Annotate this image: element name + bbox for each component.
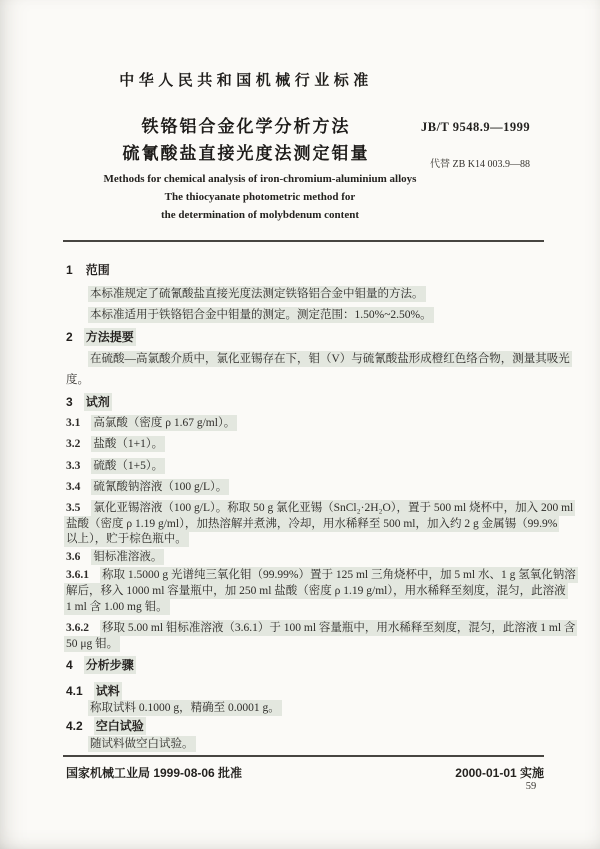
paragraph-text: 本标准规定了硫氰酸盐直接光度法测定铁铬铝合金中钼量的方法。 — [90, 288, 424, 300]
clause-3-5-continued: 以上），贮于棕色瓶中。 — [66, 532, 187, 547]
clause-text: 氯化亚锡溶液（100 g/L）。称取 50 g 氯化亚锡（SnCl₂·2H₂O）… — [93, 502, 573, 514]
clause-text: 称取 1.5000 g 光谱纯三氧化钼（99.99%）置于 125 ml 三角烧… — [102, 569, 576, 581]
section-number: 1 — [66, 263, 73, 277]
replaces-standard-number: 代替 ZB K14 003.9—88 — [430, 155, 530, 170]
standard-number: JB/T 9548.9—1999 — [421, 120, 530, 135]
clause-3-6: 3.6钼标准溶液。 — [66, 550, 162, 565]
clause-3-6-2: 3.6.2移取 5.00 ml 钼标准溶液（3.6.1）于 100 ml 容量瓶… — [66, 621, 575, 636]
national-standard-banner: 中华人民共和国机械行业标准 — [3, 69, 489, 90]
section-heading-2-summary: 2方法提要 — [66, 330, 134, 345]
section-number: 2 — [66, 330, 73, 344]
paragraph-line: 随试料做空白试验。 — [66, 737, 194, 752]
paragraph-text: 随试料做空白试验。 — [90, 738, 194, 750]
section-number: 4 — [66, 658, 73, 672]
clause-number: 3.5 — [66, 502, 80, 514]
clause-number: 3.4 — [66, 481, 80, 493]
clause-3-6-1: 3.6.1称取 1.5000 g 光谱纯三氧化钼（99.99%）置于 125 m… — [66, 568, 576, 583]
paragraph-line: 度。 — [66, 373, 89, 388]
header-divider — [63, 240, 544, 242]
section-title: 试剂 — [86, 395, 110, 409]
section-heading-4-1-sample: 4.1试料 — [66, 684, 120, 699]
paragraph-line: 本标准规定了硫氰酸盐直接光度法测定铁铬铝合金中钼量的方法。 — [66, 287, 424, 302]
document-title-cn-line1: 铁铬铝合金化学分析方法 — [3, 112, 489, 137]
clause-text: 盐酸（1+1）。 — [93, 438, 163, 450]
section-heading-3-reagents: 3试剂 — [66, 395, 110, 410]
paragraph-line: 本标准适用于铁铬铝合金中钼量的测定。测定范围：1.50%~2.50%。 — [66, 308, 432, 323]
clause-number: 3.6.2 — [66, 622, 89, 634]
document-title-cn-line2: 硫氰酸盐直接光度法测定钼量 — [3, 139, 489, 164]
paragraph-text: 称取试料 0.1000 g，精确至 0.0001 g。 — [90, 702, 280, 714]
paragraph-text: 度。 — [66, 374, 89, 386]
clause-text: 硫酸（1+5）。 — [93, 460, 163, 472]
paragraph-line: 在硫酸—高氯酸介质中，氯化亚锡存在下，钼（V）与硫氰酸盐形成橙红色络合物，测量其… — [66, 352, 570, 367]
section-heading-4-2-blank-test: 4.2空白试验 — [66, 719, 144, 734]
section-number: 3 — [66, 395, 73, 409]
document-title-en-line2: The thiocyanate photometric method for — [30, 188, 490, 206]
clause-text: 1 ml 含 1.00 mg 钼。 — [66, 601, 168, 613]
section-heading-1-scope: 1范围 — [66, 263, 110, 278]
document-title-en-line3: the determination of molybdenum content — [30, 206, 490, 224]
clause-3-6-1-continued: 解后，移入 1000 ml 容量瓶中，加 250 ml 盐酸（密度 ρ 1.19… — [66, 584, 566, 599]
clause-text: 高氯酸（密度 ρ 1.67 g/ml）。 — [93, 417, 235, 429]
scanned-standard-page: 中华人民共和国机械行业标准 铁铬铝合金化学分析方法 硫氰酸盐直接光度法测定钼量 … — [0, 0, 600, 849]
clause-number: 3.6.1 — [66, 569, 89, 581]
clause-3-5-continued: 盐酸（密度 ρ 1.19 g/ml），加热溶解并煮沸，冷却，用水稀释至 500 … — [66, 517, 557, 532]
clause-3-6-1-continued: 1 ml 含 1.00 mg 钼。 — [66, 600, 168, 615]
clause-text: 移取 5.00 ml 钼标准溶液（3.6.1）于 100 ml 容量瓶中，用水稀… — [102, 622, 575, 634]
clause-3-3: 3.3硫酸（1+5）。 — [66, 459, 163, 474]
clause-text: 解后，移入 1000 ml 容量瓶中，加 250 ml 盐酸（密度 ρ 1.19… — [66, 585, 566, 597]
paragraph-text: 本标准适用于铁铬铝合金中钼量的测定。测定范围：1.50%~2.50%。 — [90, 309, 432, 321]
clause-3-2: 3.2盐酸（1+1）。 — [66, 437, 163, 452]
section-number: 4.1 — [66, 684, 83, 698]
clause-3-5: 3.5氯化亚锡溶液（100 g/L）。称取 50 g 氯化亚锡（SnCl₂·2H… — [66, 501, 573, 516]
section-title: 空白试验 — [96, 719, 144, 733]
approval-note: 国家机械工业局 1999-08-06 批准 — [66, 764, 242, 781]
footer-divider — [63, 755, 544, 757]
clause-number: 3.1 — [66, 417, 80, 429]
clause-text: 以上），贮于棕色瓶中。 — [66, 533, 187, 545]
page-number: 59 — [518, 781, 544, 792]
clause-3-1: 3.1高氯酸（密度 ρ 1.67 g/ml）。 — [66, 416, 235, 431]
paragraph-line: 称取试料 0.1000 g，精确至 0.0001 g。 — [66, 701, 280, 716]
clause-text: 盐酸（密度 ρ 1.19 g/ml），加热溶解并煮沸，冷却，用水稀释至 500 … — [66, 518, 557, 530]
section-title: 方法提要 — [86, 330, 134, 344]
effective-date-note: 2000-01-01 实施 — [455, 764, 544, 781]
section-title: 分析步骤 — [86, 658, 134, 672]
clause-number: 3.6 — [66, 551, 80, 563]
clause-3-4: 3.4硫氰酸钠溶液（100 g/L）。 — [66, 480, 227, 495]
clause-number: 3.2 — [66, 438, 80, 450]
section-heading-4-procedure: 4分析步骤 — [66, 658, 134, 673]
clause-text: 50 μg 钼。 — [66, 638, 118, 650]
clause-3-6-2-continued: 50 μg 钼。 — [66, 637, 118, 652]
paragraph-text: 在硫酸—高氯酸介质中，氯化亚锡存在下，钼（V）与硫氰酸盐形成橙红色络合物，测量其… — [90, 353, 570, 365]
document-title-en-line1: Methods for chemical analysis of iron-ch… — [30, 170, 490, 188]
clause-text: 硫氰酸钠溶液（100 g/L）。 — [93, 481, 227, 493]
section-title: 试料 — [96, 684, 120, 698]
section-number: 4.2 — [66, 719, 83, 733]
section-title: 范围 — [86, 263, 110, 277]
document-title-en: Methods for chemical analysis of iron-ch… — [30, 170, 490, 224]
clause-number: 3.3 — [66, 460, 80, 472]
clause-text: 钼标准溶液。 — [93, 551, 162, 563]
